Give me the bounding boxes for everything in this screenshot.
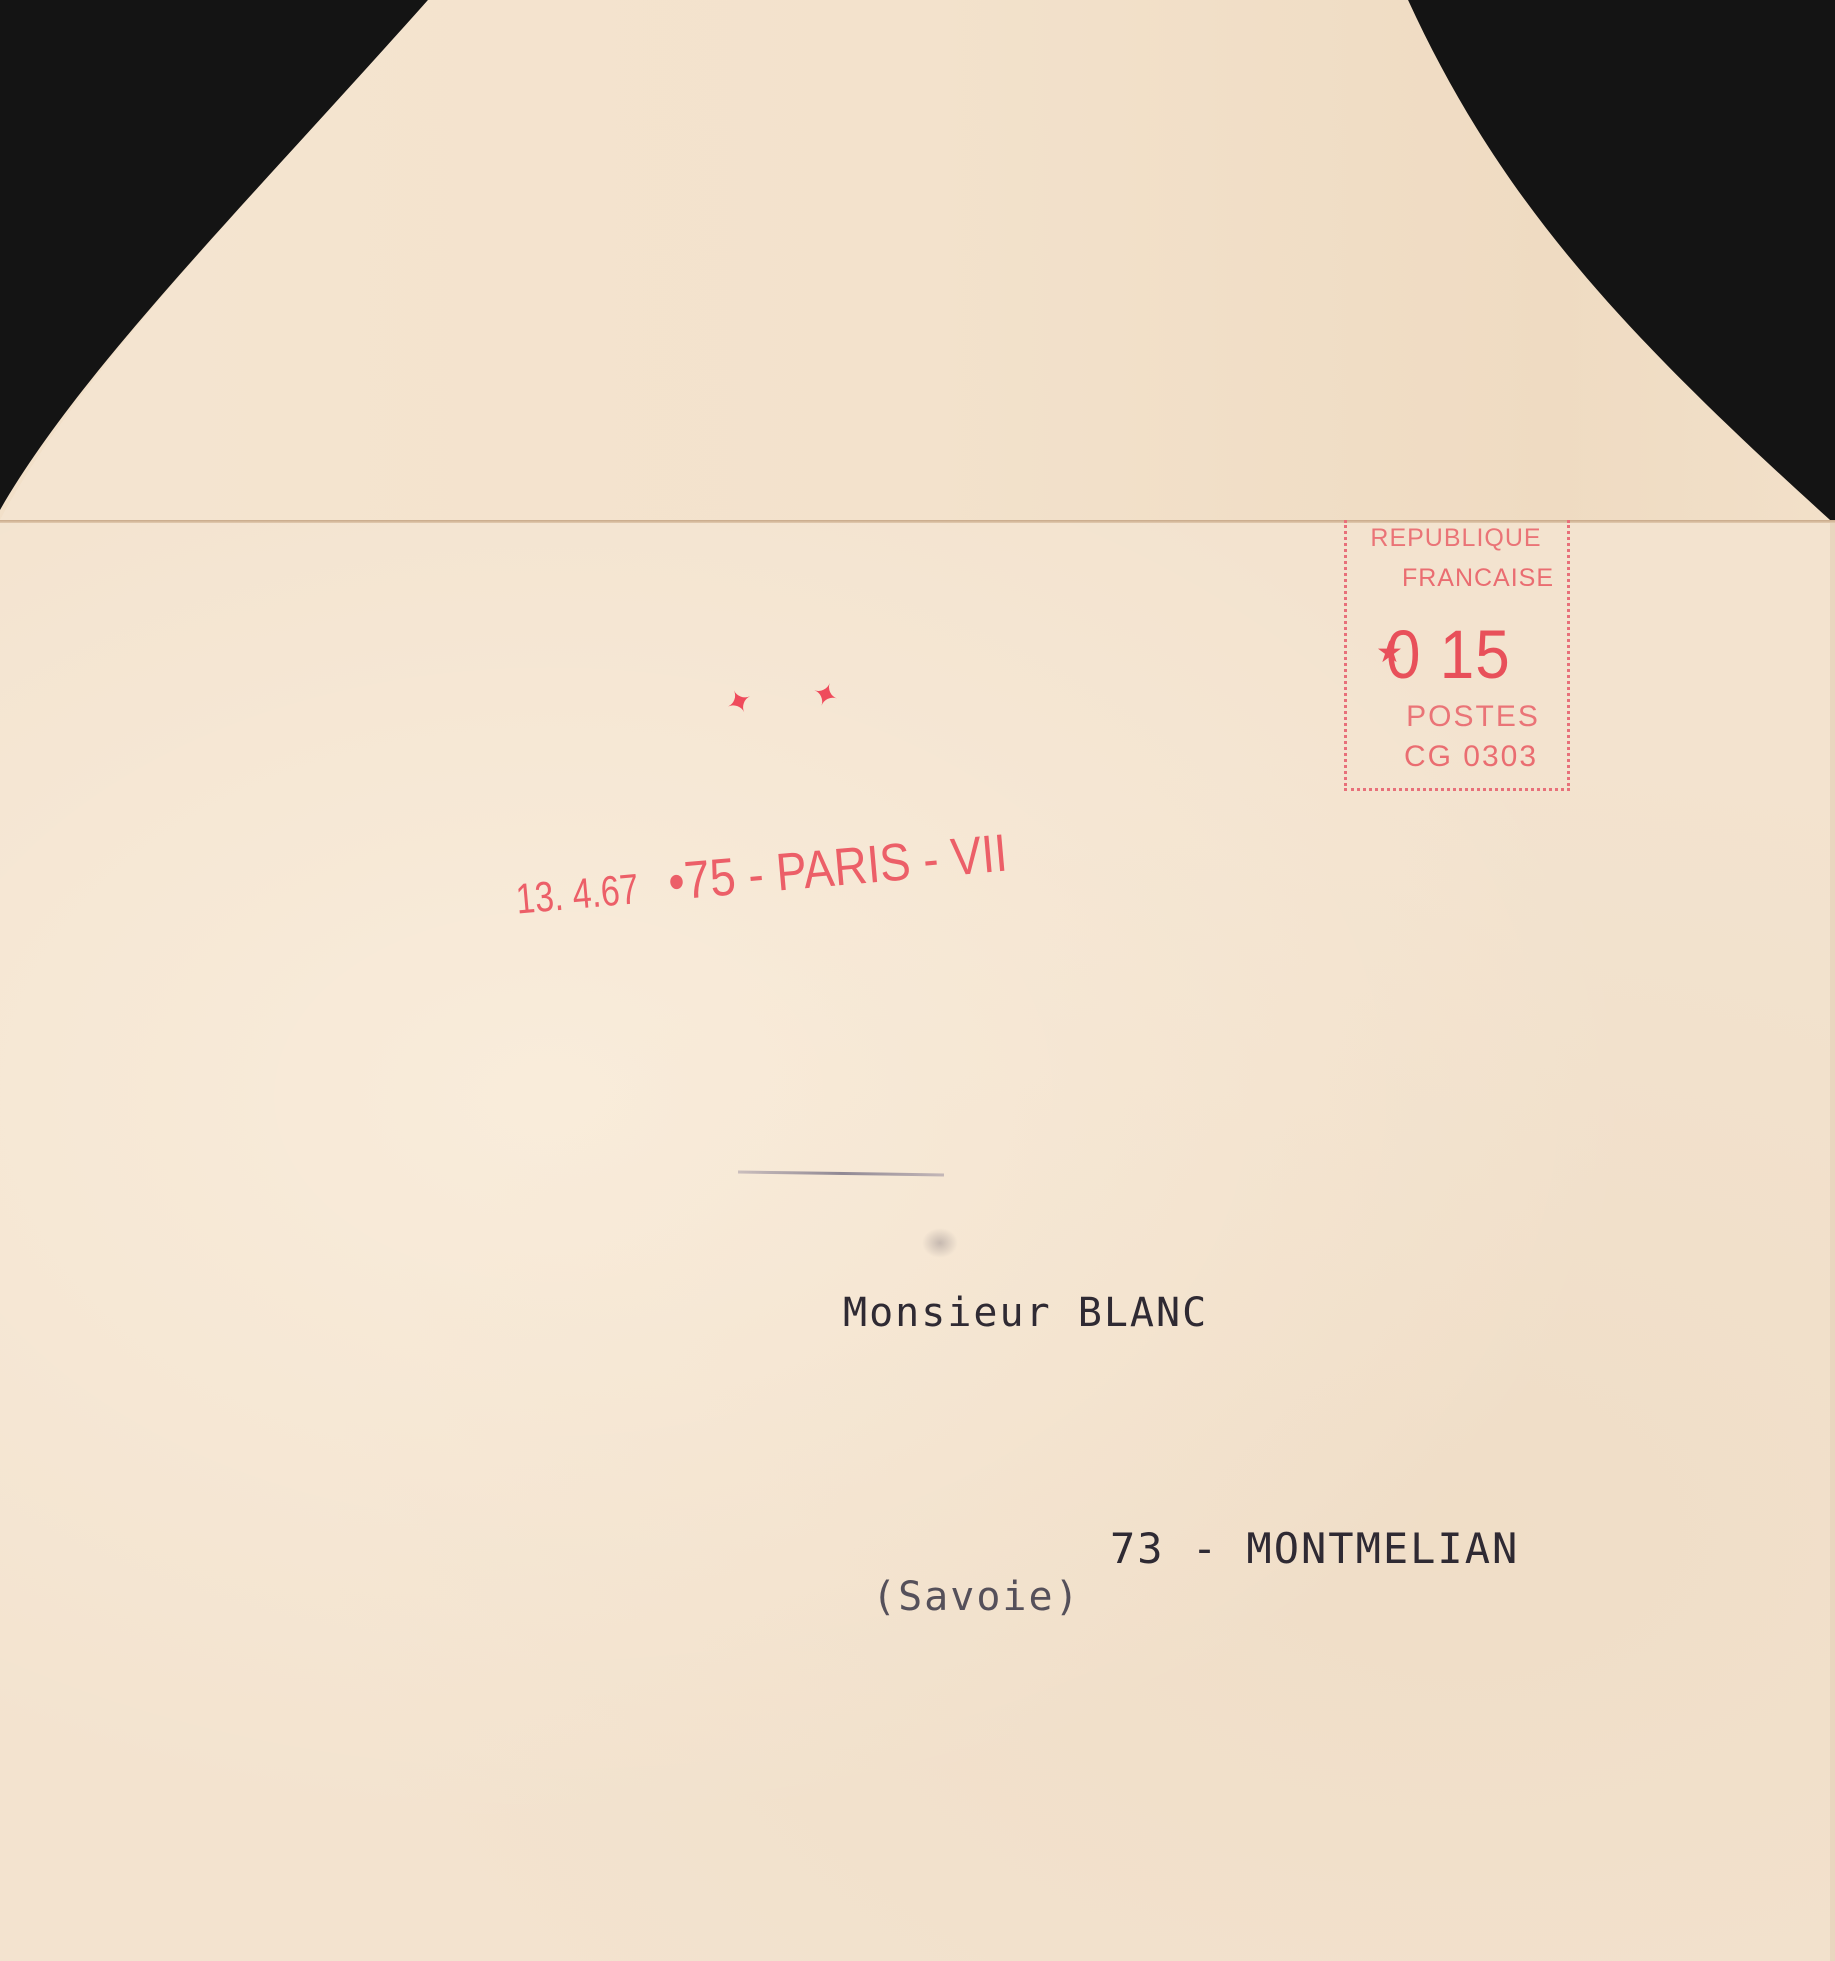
meter-service: POSTES (1378, 700, 1568, 734)
meter-country-line1: REPUBLIQUE (1338, 524, 1574, 553)
meter-code: CG 0303 (1376, 740, 1566, 774)
meter-country-line2: FRANCAISE (1378, 564, 1578, 593)
envelope-flap (0, 0, 1835, 525)
recipient-region: (Savoie) (872, 1574, 1081, 1620)
meter-value: 0 15 (1386, 616, 1511, 694)
postage-meter-stamp: REPUBLIQUE FRANCAISE ★ 0 15 POSTES CG 03… (1338, 520, 1574, 795)
recipient-city: 73 - MONTMELIAN (1110, 1524, 1519, 1573)
recipient-name: Monsieur BLANC (843, 1290, 1208, 1336)
envelope-edge (1830, 520, 1835, 1961)
ink-smudge (922, 1228, 958, 1258)
